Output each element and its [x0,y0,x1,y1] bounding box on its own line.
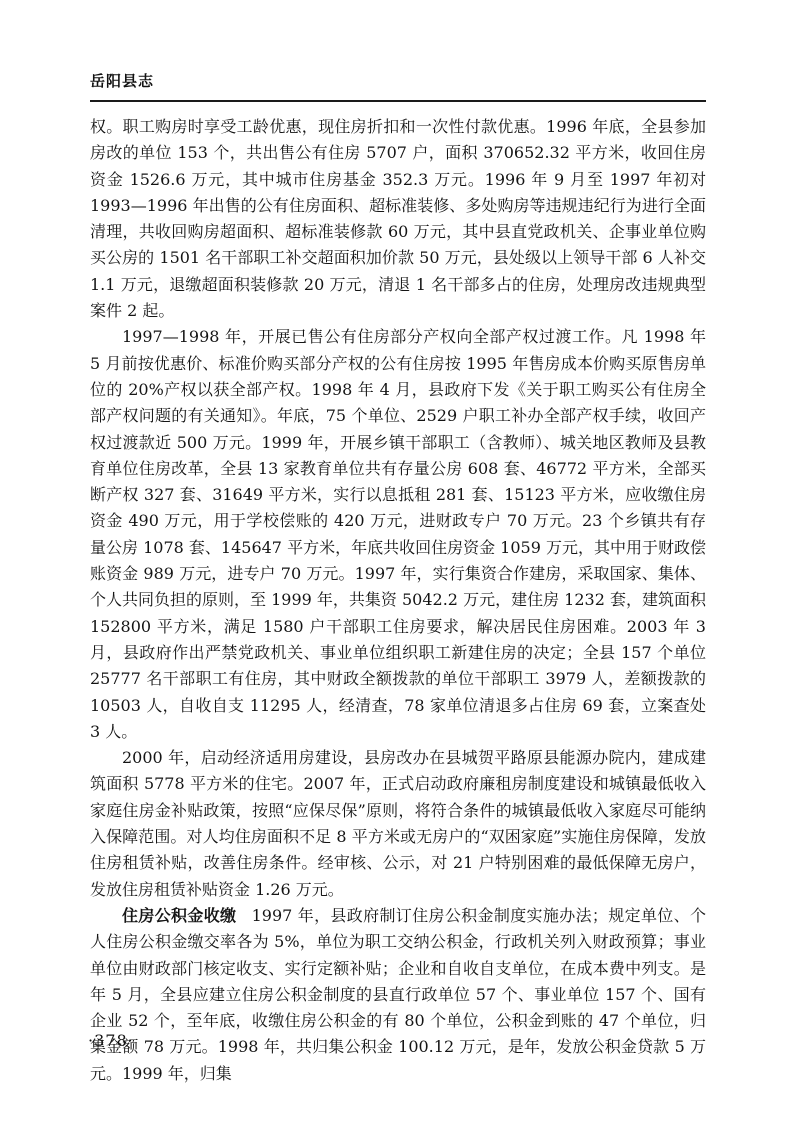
book-title: 岳阳县志 [90,70,154,91]
document-page: 岳阳县志 权。职工购房时享受工龄优惠，现住房折扣和一次性付款优惠。1996 年底… [0,0,793,1122]
page-number: ·378· [88,1031,134,1050]
section-heading-housing-fund-collection: 住房公积金收缴 [122,906,236,925]
page-footer: ·378· [88,1031,134,1050]
header-rule [90,100,706,102]
paragraph-housing-fund: 住房公积金收缴1997 年，县政府制订住房公积金制度实施办法；规定单位、个人住房… [90,903,706,1087]
body-text: 权。职工购房时享受工龄优惠，现住房折扣和一次性付款优惠。1996 年底，全县参加… [90,114,706,1087]
paragraph-housing-reform-1996: 权。职工购房时享受工龄优惠，现住房折扣和一次性付款优惠。1996 年底，全县参加… [90,114,706,324]
paragraph-housing-fund-text: 1997 年，县政府制订住房公积金制度实施办法；规定单位、个人住房公积金缴交率各… [90,906,706,1083]
page-header: 岳阳县志 [90,70,706,102]
paragraph-property-rights-transition: 1997—1998 年，开展已售公有住房部分产权向全部产权过渡工作。凡 1998… [90,324,706,745]
paragraph-affordable-housing: 2000 年，启动经济适用房建设，县房改办在县城贺平路原县能源办院内，建成建筑面… [90,745,706,903]
